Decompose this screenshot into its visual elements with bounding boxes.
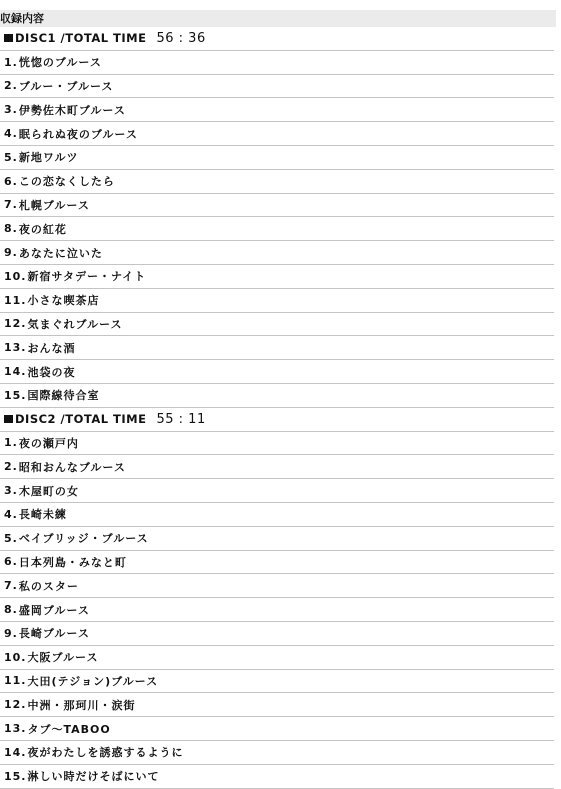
top-spacer [0, 0, 561, 10]
track-number: 1. [4, 56, 18, 69]
track-title: 気まぐれブルース [28, 316, 123, 332]
track-row: 7.札幌ブルース [0, 194, 554, 218]
track-number: 9. [4, 246, 18, 259]
track-title: 長崎ブルース [19, 625, 90, 641]
disc-header: DISC1 /TOTAL TIME 56 : 36 [0, 27, 554, 51]
track-row: 8.夜の紅花 [0, 217, 554, 241]
track-number: 1. [4, 436, 18, 449]
track-number: 15. [4, 389, 27, 402]
track-number: 5. [4, 532, 18, 545]
track-row: 8.盛岡ブルース [0, 598, 554, 622]
disc-total-time: 55 : 11 [156, 412, 205, 427]
track-number: 13. [4, 341, 27, 354]
track-title: 昭和おんなブルース [19, 459, 126, 475]
track-row: 4.長崎未練 [0, 503, 554, 527]
track-title: 大田(テジョン)ブルース [28, 673, 159, 689]
track-title: 私のスター [19, 578, 79, 594]
track-row: 10.新宿サタデー・ナイト [0, 265, 554, 289]
track-number: 11. [4, 674, 27, 687]
track-row: 13.おんな酒 [0, 336, 554, 360]
track-number: 3. [4, 103, 18, 116]
track-number: 4. [4, 508, 18, 521]
track-title: 国際線待合室 [28, 387, 100, 403]
track-row: 14.池袋の夜 [0, 360, 554, 384]
track-number: 15. [4, 770, 27, 783]
track-row: 13.タブ～TABOO [0, 717, 554, 741]
track-row: 3.伊勢佐木町ブルース [0, 98, 554, 122]
disc-total-time: 56 : 36 [156, 31, 205, 46]
track-title: 小さな喫茶店 [28, 292, 100, 308]
track-row: 2.ブルー・ブルース [0, 75, 554, 99]
track-number: 6. [4, 175, 18, 188]
track-number: 7. [4, 198, 18, 211]
square-bullet-icon [4, 34, 13, 42]
track-title: 伊勢佐木町ブルース [19, 102, 126, 118]
track-row: 9.長崎ブルース [0, 622, 554, 646]
track-row: 12.中洲・那珂川・涙街 [0, 693, 554, 717]
track-row: 6.この恋なくしたら [0, 170, 554, 194]
track-row: 1.恍惚のブルース [0, 51, 554, 75]
track-row: 10.大阪ブルース [0, 646, 554, 670]
track-row: 11.小さな喫茶店 [0, 289, 554, 313]
track-title: 淋しい時だけそばにいて [28, 768, 160, 784]
section-title: 収録内容 [0, 10, 556, 27]
track-number: 9. [4, 627, 18, 640]
track-title: 夜がわたしを誘惑するように [28, 744, 184, 760]
track-title: 新宿サタデー・ナイト [28, 268, 147, 284]
track-number: 2. [4, 79, 18, 92]
track-title: 恍惚のブルース [19, 54, 102, 70]
track-title: ブルー・ブルース [19, 78, 114, 94]
track-row: 14.夜がわたしを誘惑するように [0, 741, 554, 765]
square-bullet-icon [4, 415, 13, 423]
track-title: ベイブリッジ・ブルース [19, 530, 149, 546]
track-title: 夜の紅花 [19, 221, 67, 237]
track-row: 11.大田(テジョン)ブルース [0, 670, 554, 694]
track-number: 4. [4, 127, 18, 140]
track-title: 眠られぬ夜のブルース [19, 126, 138, 142]
track-row: 2.昭和おんなブルース [0, 455, 554, 479]
track-title: タブ～TABOO [28, 721, 111, 737]
disc-label: DISC2 /TOTAL TIME [15, 412, 146, 426]
track-number: 12. [4, 317, 27, 330]
track-row: 15.国際線待合室 [0, 384, 554, 408]
track-title: 夜の瀬戸内 [19, 435, 79, 451]
track-title: 盛岡ブルース [19, 602, 90, 618]
track-listing-page: 収録内容 DISC1 /TOTAL TIME 56 : 36 1.恍惚のブルース… [0, 0, 561, 789]
track-title: 大阪ブルース [28, 649, 99, 665]
track-number: 12. [4, 698, 27, 711]
track-row: 3.木屋町の女 [0, 479, 554, 503]
track-title: 日本列島・みなと町 [19, 554, 127, 570]
track-title: 木屋町の女 [19, 483, 79, 499]
disc-1: DISC1 /TOTAL TIME 56 : 36 1.恍惚のブルース 2.ブル… [0, 27, 561, 408]
track-number: 6. [4, 555, 18, 568]
track-row: 1.夜の瀬戸内 [0, 432, 554, 456]
track-number: 2. [4, 460, 18, 473]
track-title: あなたに泣いた [19, 245, 103, 261]
track-row: 4.眠られぬ夜のブルース [0, 122, 554, 146]
track-row: 7.私のスター [0, 574, 554, 598]
track-title: 新地ワルツ [19, 149, 79, 165]
track-number: 11. [4, 294, 27, 307]
disc-2: DISC2 /TOTAL TIME 55 : 11 1.夜の瀬戸内 2.昭和おん… [0, 408, 561, 789]
track-number: 10. [4, 651, 27, 664]
track-number: 14. [4, 746, 27, 759]
track-row: 5.ベイブリッジ・ブルース [0, 527, 554, 551]
track-number: 3. [4, 484, 18, 497]
track-number: 7. [4, 579, 18, 592]
disc-header: DISC2 /TOTAL TIME 55 : 11 [0, 408, 554, 432]
track-number: 10. [4, 270, 27, 283]
track-number: 14. [4, 365, 27, 378]
track-row: 12.気まぐれブルース [0, 313, 554, 337]
disc-label: DISC1 /TOTAL TIME [15, 31, 146, 45]
track-number: 8. [4, 603, 18, 616]
track-row: 6.日本列島・みなと町 [0, 551, 554, 575]
track-number: 13. [4, 722, 27, 735]
track-title: この恋なくしたら [19, 173, 115, 189]
track-number: 8. [4, 222, 18, 235]
track-title: 池袋の夜 [28, 364, 76, 380]
track-number: 5. [4, 151, 18, 164]
track-title: 中洲・那珂川・涙街 [28, 697, 136, 713]
track-title: おんな酒 [28, 340, 76, 356]
track-title: 長崎未練 [19, 506, 67, 522]
track-title: 札幌ブルース [19, 197, 90, 213]
track-row: 15.淋しい時だけそばにいて [0, 765, 554, 789]
track-row: 9.あなたに泣いた [0, 241, 554, 265]
track-row: 5.新地ワルツ [0, 146, 554, 170]
